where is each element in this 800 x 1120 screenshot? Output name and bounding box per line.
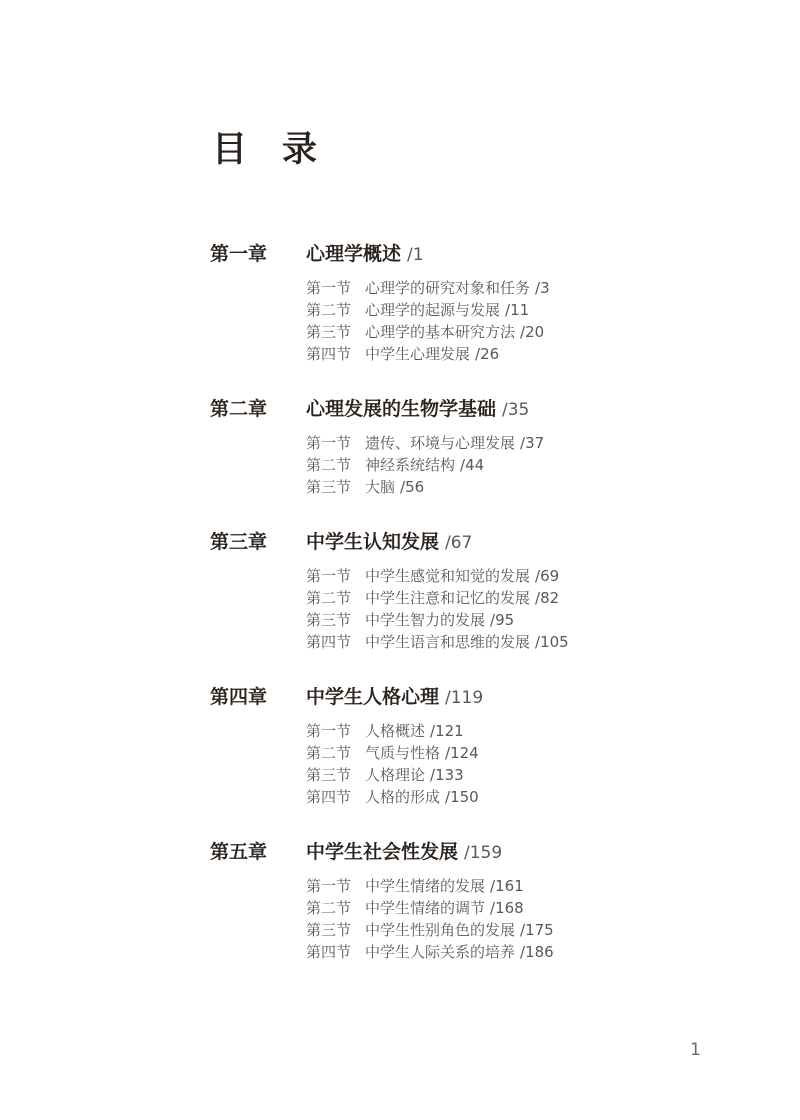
chapter-page-number: /159 xyxy=(464,841,502,865)
chapter-label: 第四章 xyxy=(210,685,306,709)
section-page-number: /121 xyxy=(430,720,464,742)
chapter-page-number: /35 xyxy=(502,398,529,422)
section-page-number: /3 xyxy=(535,277,550,299)
section-title: 气质与性格 xyxy=(365,742,440,764)
section-label: 第一节 xyxy=(306,720,351,742)
toc-section: 第三节 大脑 /56 xyxy=(306,476,569,498)
section-page-number: /69 xyxy=(535,565,559,587)
section-label: 第三节 xyxy=(306,919,351,941)
section-title: 神经系统结构 xyxy=(365,454,455,476)
chapter-heading: 第二章 心理发展的生物学基础 /35 xyxy=(210,397,569,422)
toc-section: 第二节 气质与性格 /124 xyxy=(306,742,569,764)
section-label: 第一节 xyxy=(306,277,351,299)
section-page-number: /175 xyxy=(520,919,554,941)
section-page-number: /150 xyxy=(445,786,479,808)
toc-section: 第三节 中学生智力的发展 /95 xyxy=(306,609,569,631)
section-page-number: /105 xyxy=(535,631,569,653)
section-title: 中学生性别角色的发展 xyxy=(365,919,515,941)
section-label: 第四节 xyxy=(306,631,351,653)
chapter-page-number: /119 xyxy=(445,686,483,710)
section-page-number: /161 xyxy=(490,875,524,897)
chapter-sections: 第一节 中学生情绪的发展 /161 第二节 中学生情绪的调节 /168 第三节 … xyxy=(306,875,569,963)
section-page-number: /11 xyxy=(505,299,529,321)
section-title: 中学生心理发展 xyxy=(365,343,470,365)
chapter-label: 第二章 xyxy=(210,397,306,421)
toc-section: 第三节 心理学的基本研究方法 /20 xyxy=(306,321,569,343)
section-label: 第四节 xyxy=(306,343,351,365)
toc-section: 第一节 遗传、环境与心理发展 /37 xyxy=(306,432,569,454)
chapter-page-number: /1 xyxy=(407,243,424,267)
folio-page-number: 1 xyxy=(690,1040,701,1060)
section-title: 中学生人际关系的培养 xyxy=(365,941,515,963)
section-page-number: /124 xyxy=(445,742,479,764)
chapter-title: 心理学概述 xyxy=(306,242,401,266)
book-page: 目 录 第一章 心理学概述 /1 第一节 心理学的研究对象和任务 /3 第二节 … xyxy=(0,0,800,1120)
section-label: 第一节 xyxy=(306,432,351,454)
section-label: 第三节 xyxy=(306,321,351,343)
chapter-heading: 第三章 中学生认知发展 /67 xyxy=(210,530,569,555)
section-title: 中学生注意和记忆的发展 xyxy=(365,587,530,609)
chapter-page-number: /67 xyxy=(445,531,472,555)
section-title: 心理学的基本研究方法 xyxy=(365,321,515,343)
section-page-number: /133 xyxy=(430,764,464,786)
chapter-heading: 第五章 中学生社会性发展 /159 xyxy=(210,840,569,865)
toc-section: 第一节 中学生感觉和知觉的发展 /69 xyxy=(306,565,569,587)
section-page-number: /37 xyxy=(520,432,544,454)
section-label: 第一节 xyxy=(306,875,351,897)
toc-section: 第四节 人格的形成 /150 xyxy=(306,786,569,808)
section-label: 第四节 xyxy=(306,786,351,808)
section-label: 第四节 xyxy=(306,941,351,963)
chapter-label: 第一章 xyxy=(210,242,306,266)
section-label: 第二节 xyxy=(306,897,351,919)
toc-section: 第二节 心理学的起源与发展 /11 xyxy=(306,299,569,321)
section-title: 大脑 xyxy=(365,476,395,498)
section-label: 第二节 xyxy=(306,299,351,321)
section-label: 第二节 xyxy=(306,454,351,476)
section-title: 心理学的起源与发展 xyxy=(365,299,500,321)
section-label: 第一节 xyxy=(306,565,351,587)
toc-chapter-4: 第四章 中学生人格心理 /119 第一节 人格概述 /121 第二节 气质与性格… xyxy=(210,685,569,808)
table-of-contents: 第一章 心理学概述 /1 第一节 心理学的研究对象和任务 /3 第二节 心理学的… xyxy=(210,242,569,995)
chapter-heading: 第四章 中学生人格心理 /119 xyxy=(210,685,569,710)
chapter-label: 第三章 xyxy=(210,530,306,554)
chapter-label: 第五章 xyxy=(210,840,306,864)
toc-section: 第三节 人格理论 /133 xyxy=(306,764,569,786)
section-title: 人格概述 xyxy=(365,720,425,742)
toc-section: 第一节 心理学的研究对象和任务 /3 xyxy=(306,277,569,299)
section-title: 中学生智力的发展 xyxy=(365,609,485,631)
toc-section: 第一节 中学生情绪的发展 /161 xyxy=(306,875,569,897)
section-title: 遗传、环境与心理发展 xyxy=(365,432,515,454)
section-page-number: /26 xyxy=(475,343,499,365)
section-page-number: /186 xyxy=(520,941,554,963)
section-label: 第二节 xyxy=(306,587,351,609)
toc-chapter-2: 第二章 心理发展的生物学基础 /35 第一节 遗传、环境与心理发展 /37 第二… xyxy=(210,397,569,498)
toc-section: 第二节 神经系统结构 /44 xyxy=(306,454,569,476)
toc-section: 第三节 中学生性别角色的发展 /175 xyxy=(306,919,569,941)
section-label: 第三节 xyxy=(306,609,351,631)
section-page-number: /82 xyxy=(535,587,559,609)
toc-section: 第二节 中学生情绪的调节 /168 xyxy=(306,897,569,919)
toc-section: 第二节 中学生注意和记忆的发展 /82 xyxy=(306,587,569,609)
chapter-sections: 第一节 心理学的研究对象和任务 /3 第二节 心理学的起源与发展 /11 第三节… xyxy=(306,277,569,365)
section-page-number: /44 xyxy=(460,454,484,476)
toc-section: 第一节 人格概述 /121 xyxy=(306,720,569,742)
section-title: 人格的形成 xyxy=(365,786,440,808)
toc-chapter-5: 第五章 中学生社会性发展 /159 第一节 中学生情绪的发展 /161 第二节 … xyxy=(210,840,569,963)
section-page-number: /168 xyxy=(490,897,524,919)
toc-chapter-3: 第三章 中学生认知发展 /67 第一节 中学生感觉和知觉的发展 /69 第二节 … xyxy=(210,530,569,653)
section-title: 人格理论 xyxy=(365,764,425,786)
page-title: 目 录 xyxy=(212,129,317,171)
chapter-sections: 第一节 遗传、环境与心理发展 /37 第二节 神经系统结构 /44 第三节 大脑… xyxy=(306,432,569,498)
section-title: 中学生语言和思维的发展 xyxy=(365,631,530,653)
chapter-heading: 第一章 心理学概述 /1 xyxy=(210,242,569,267)
toc-section: 第四节 中学生心理发展 /26 xyxy=(306,343,569,365)
toc-section: 第四节 中学生语言和思维的发展 /105 xyxy=(306,631,569,653)
section-title: 心理学的研究对象和任务 xyxy=(365,277,530,299)
section-title: 中学生情绪的调节 xyxy=(365,897,485,919)
chapter-title: 中学生社会性发展 xyxy=(306,840,458,864)
section-label: 第三节 xyxy=(306,476,351,498)
section-page-number: /20 xyxy=(520,321,544,343)
chapter-sections: 第一节 人格概述 /121 第二节 气质与性格 /124 第三节 人格理论 /1… xyxy=(306,720,569,808)
section-page-number: /56 xyxy=(400,476,424,498)
toc-chapter-1: 第一章 心理学概述 /1 第一节 心理学的研究对象和任务 /3 第二节 心理学的… xyxy=(210,242,569,365)
section-title: 中学生感觉和知觉的发展 xyxy=(365,565,530,587)
chapter-title: 心理发展的生物学基础 xyxy=(306,397,496,421)
chapter-title: 中学生人格心理 xyxy=(306,685,439,709)
section-title: 中学生情绪的发展 xyxy=(365,875,485,897)
chapter-title: 中学生认知发展 xyxy=(306,530,439,554)
section-page-number: /95 xyxy=(490,609,514,631)
toc-section: 第四节 中学生人际关系的培养 /186 xyxy=(306,941,569,963)
section-label: 第二节 xyxy=(306,742,351,764)
section-label: 第三节 xyxy=(306,764,351,786)
chapter-sections: 第一节 中学生感觉和知觉的发展 /69 第二节 中学生注意和记忆的发展 /82 … xyxy=(306,565,569,653)
